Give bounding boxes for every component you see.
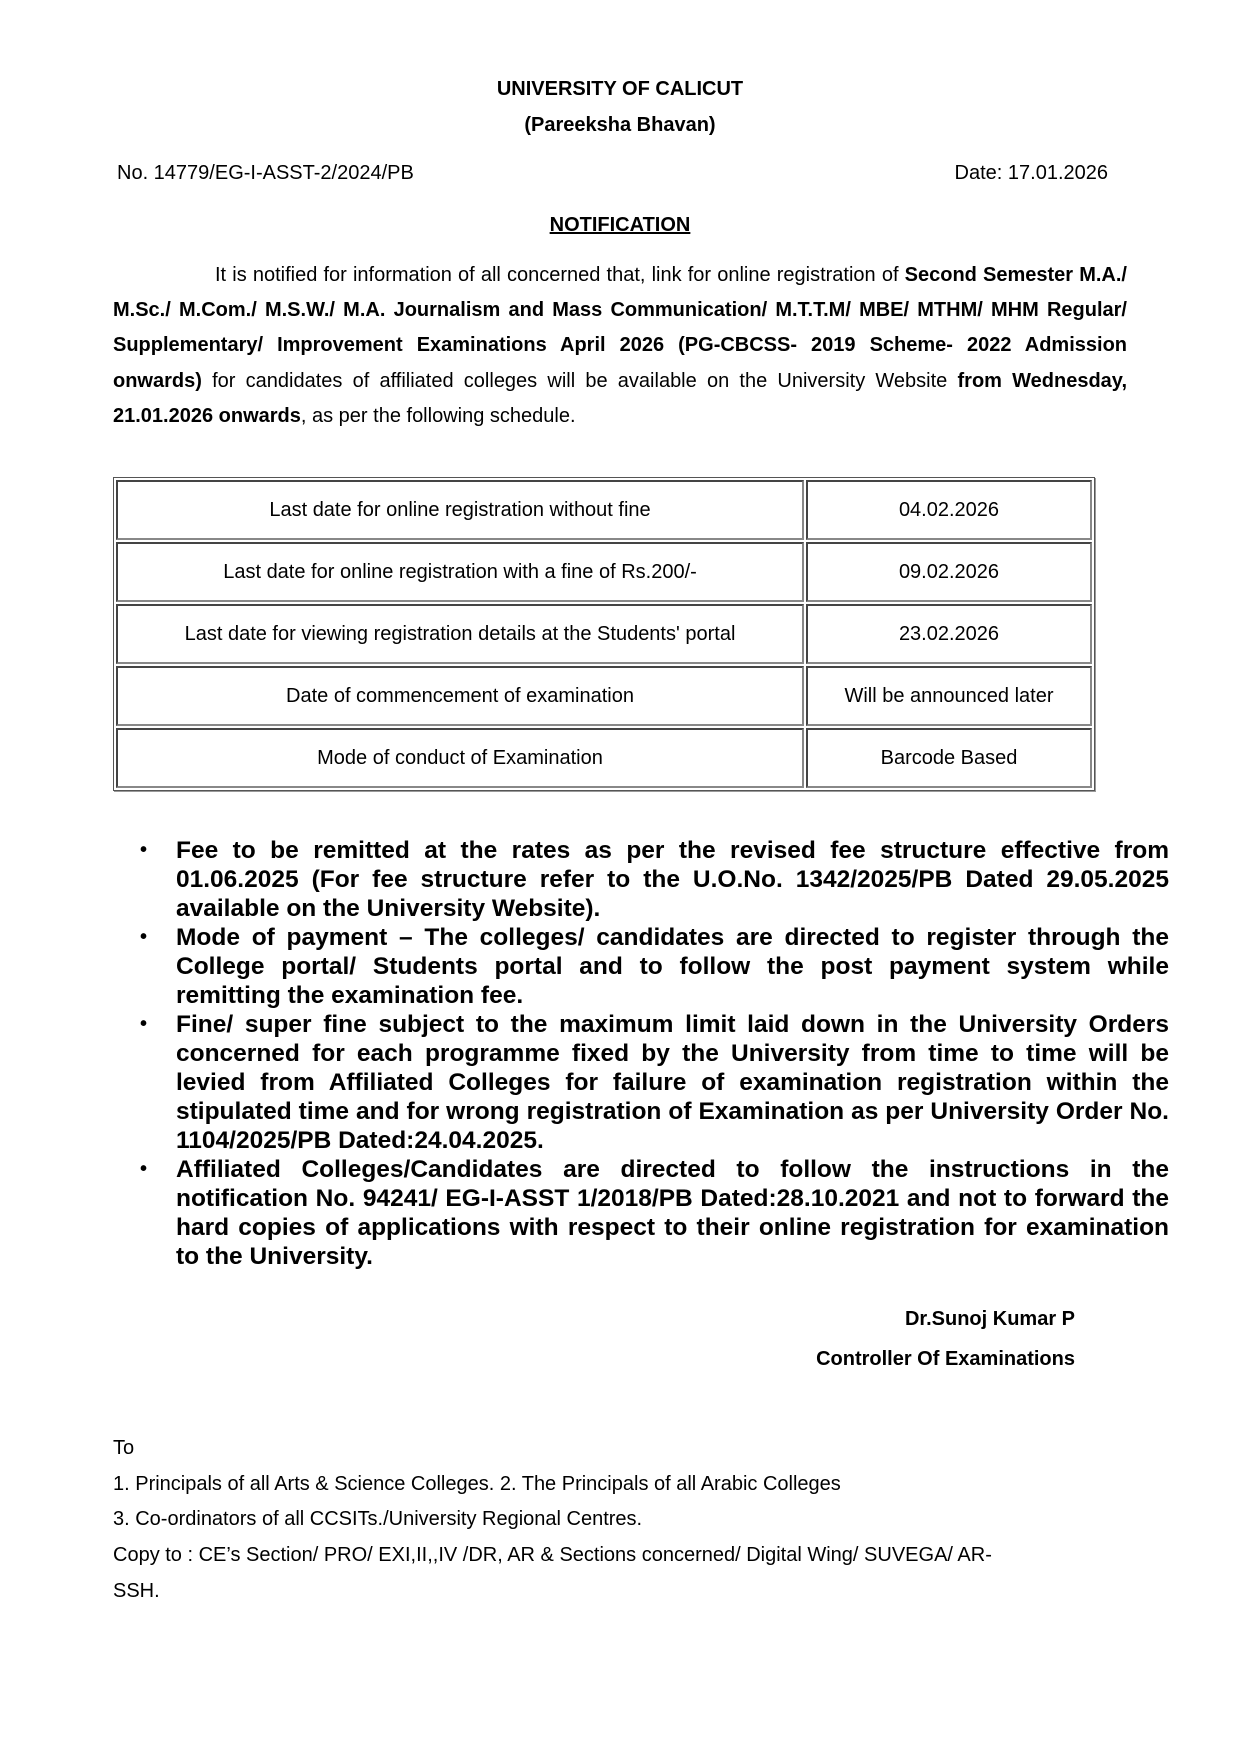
schedule-value: 23.02.2026 [806,604,1092,664]
addressee-line: 1. Principals of all Arts & Science Coll… [113,1473,841,1496]
instruction-text: Fine/ super fine subject to the maximum … [176,1011,1169,1154]
notification-title: NOTIFICATION [0,214,1240,237]
bullet-icon: • [140,923,147,952]
notification-page: UNIVERSITY OF CALICUT (Pareeksha Bhavan)… [0,0,1240,1755]
list-item: •Fee to be remitted at the rates as per … [176,836,1169,923]
schedule-table: Last date for online registration withou… [113,477,1095,791]
list-item: •Mode of payment – The colleges/ candida… [176,923,1169,1010]
intro-paragraph: It is notified for information of all co… [113,258,1127,434]
table-row: Last date for online registration with a… [116,542,1092,602]
instructions-list: •Fee to be remitted at the rates as per … [138,836,1169,1271]
table-row: Last date for online registration withou… [116,480,1092,540]
schedule-value: 09.02.2026 [806,542,1092,602]
signatory-designation: Controller Of Examinations [816,1348,1075,1371]
bullet-icon: • [140,1155,147,1184]
instruction-text: Affiliated Colleges/Candidates are direc… [176,1156,1169,1270]
addressee-to: To [113,1437,134,1460]
signatory-name: Dr.Sunoj Kumar P [905,1308,1075,1331]
schedule-value: Barcode Based [806,728,1092,788]
list-item: •Fine/ super fine subject to the maximum… [176,1010,1169,1155]
intro-text-3: , as per the following schedule. [301,405,576,427]
copy-to-line: Copy to : CE’s Section/ PRO/ EXI,II,,IV … [113,1544,992,1567]
intro-text-1: It is notified for information of all co… [215,264,905,286]
copy-to-line: SSH. [113,1580,160,1603]
university-name: UNIVERSITY OF CALICUT [0,78,1240,101]
office-name: (Pareeksha Bhavan) [0,114,1240,137]
table-row: Mode of conduct of Examination Barcode B… [116,728,1092,788]
instruction-text: Fee to be remitted at the rates as per t… [176,837,1169,922]
bullet-icon: • [140,836,147,865]
schedule-label: Last date for online registration withou… [116,480,804,540]
intro-text-2: for candidates of affiliated colleges wi… [202,370,958,392]
schedule-value: Will be announced later [806,666,1092,726]
schedule-label: Mode of conduct of Examination [116,728,804,788]
notification-date: Date: 17.01.2026 [955,162,1108,185]
notification-title-text: NOTIFICATION [550,214,691,236]
instruction-text: Mode of payment – The colleges/ candidat… [176,924,1169,1009]
table-row: Last date for viewing registration detai… [116,604,1092,664]
schedule-label: Date of commencement of examination [116,666,804,726]
addressee-line: 3. Co-ordinators of all CCSITs./Universi… [113,1508,642,1531]
table-row: Date of commencement of examination Will… [116,666,1092,726]
reference-number: No. 14779/EG-I-ASST-2/2024/PB [117,162,414,185]
bullet-icon: • [140,1010,147,1039]
schedule-value: 04.02.2026 [806,480,1092,540]
schedule-label: Last date for online registration with a… [116,542,804,602]
list-item: •Affiliated Colleges/Candidates are dire… [176,1155,1169,1271]
schedule-label: Last date for viewing registration detai… [116,604,804,664]
